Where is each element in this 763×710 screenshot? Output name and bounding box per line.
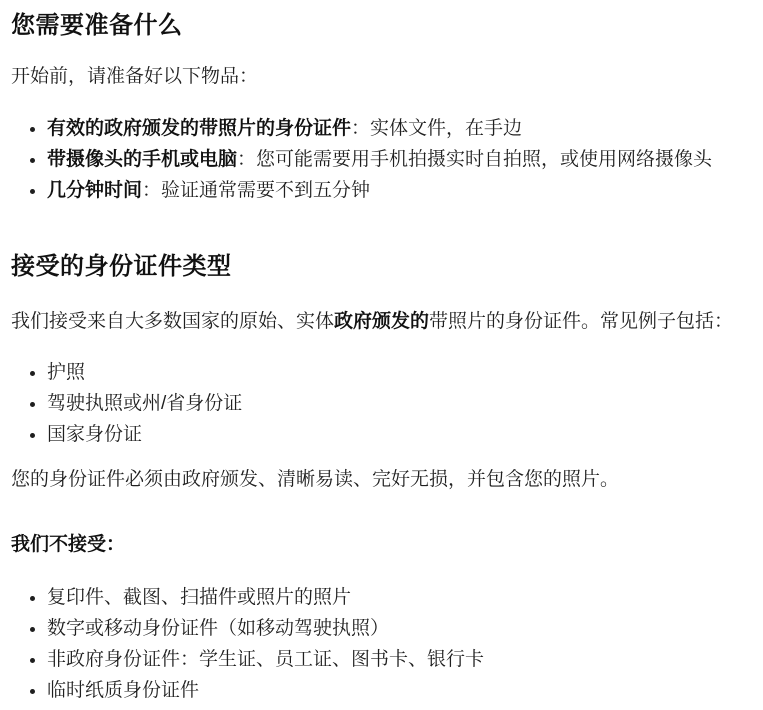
rejected-list: 复印件、截图、扫描件或照片的照片 数字或移动身份证件（如移动驾驶执照） 非政府身… <box>11 582 751 706</box>
list-item-description: ：实体文件，在手边 <box>351 118 522 139</box>
prepare-list: 有效的政府颁发的带照片的身份证件：实体文件，在手边 带摄像头的手机或电脑：您可能… <box>11 113 751 206</box>
list-item: 临时纸质身份证件 <box>47 675 751 706</box>
section-heading-prepare: 您需要准备什么 <box>11 10 751 41</box>
list-item: 复印件、截图、扫描件或照片的照片 <box>47 582 751 613</box>
list-item: 驾驶执照或州/省身份证 <box>47 388 751 419</box>
section-accepted-id-types: 接受的身份证件类型 我们接受来自大多数国家的原始、实体政府颁发的带照片的身份证件… <box>11 251 751 495</box>
section-heading-accepted: 接受的身份证件类型 <box>11 251 751 282</box>
list-item: 非政府身份证件：学生证、员工证、图书卡、银行卡 <box>47 644 751 675</box>
accepted-intro-text: 我们接受来自大多数国家的原始、实体政府颁发的带照片的身份证件。常见例子包括： <box>11 306 751 337</box>
document-page: { "prepare": { "heading": "您需要准备什么", "in… <box>0 0 763 710</box>
accepted-list: 护照 驾驶执照或州/省身份证 国家身份证 <box>11 357 751 450</box>
list-item-bold-term: 带摄像头的手机或电脑 <box>47 149 237 170</box>
accepted-intro-post: 带照片的身份证件。常见例子包括： <box>429 311 733 332</box>
rejected-label: 我们不接受： <box>11 529 751 560</box>
list-item: 护照 <box>47 357 751 388</box>
list-item: 有效的政府颁发的带照片的身份证件：实体文件，在手边 <box>47 113 751 144</box>
accepted-intro-pre: 我们接受来自大多数国家的原始、实体 <box>11 311 334 332</box>
list-item-bold-term: 有效的政府颁发的带照片的身份证件 <box>47 118 351 139</box>
id-requirements-note: 您的身份证件必须由政府颁发、清晰易读、完好无损，并包含您的照片。 <box>11 464 751 495</box>
list-item: 几分钟时间：验证通常需要不到五分钟 <box>47 175 751 206</box>
list-item: 数字或移动身份证件（如移动驾驶执照） <box>47 613 751 644</box>
prepare-intro-text: 开始前，请准备好以下物品： <box>11 61 751 92</box>
list-item-description: ：您可能需要用手机拍摄实时自拍照，或使用网络摄像头 <box>237 149 712 170</box>
accepted-intro-bold: 政府颁发的 <box>334 311 429 332</box>
list-item: 国家身份证 <box>47 419 751 450</box>
section-what-to-prepare: 您需要准备什么 开始前，请准备好以下物品： 有效的政府颁发的带照片的身份证件：实… <box>11 10 751 206</box>
section-not-accepted: 我们不接受： 复印件、截图、扫描件或照片的照片 数字或移动身份证件（如移动驾驶执… <box>11 529 751 706</box>
list-item: 带摄像头的手机或电脑：您可能需要用手机拍摄实时自拍照，或使用网络摄像头 <box>47 144 751 175</box>
list-item-bold-term: 几分钟时间 <box>47 180 142 201</box>
list-item-description: ：验证通常需要不到五分钟 <box>142 180 370 201</box>
